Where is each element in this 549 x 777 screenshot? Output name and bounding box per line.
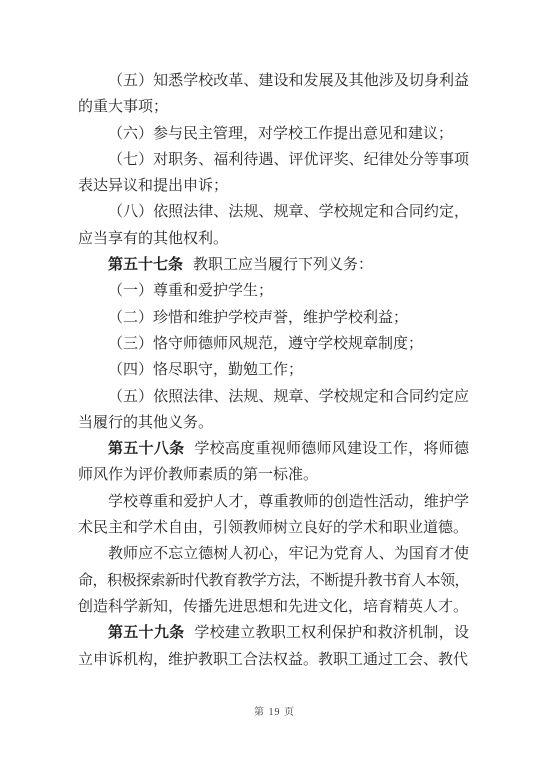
line-text: 学校高度重视师德师风建设工作，将师德 — [194, 441, 469, 457]
text-line: 创造科学新知，传播先进思想和先进文化，培育精英人才。 — [78, 594, 469, 620]
article-number: 第五十八条 — [108, 441, 184, 457]
document-body: （五）知悉学校改革、建设和发展及其他涉及切身利益的重大事项；（六）参与民主管理，… — [78, 68, 469, 673]
text-line: （五）依照法律、法规、规章、学校规定和合同约定应 — [78, 384, 469, 410]
text-line: 立申诉机构，维护教职工合法权益。教职工通过工会、教代 — [78, 647, 469, 673]
text-line: 学校尊重和爱护人才，尊重教师的创造性活动，维护学 — [78, 489, 469, 515]
text-line: 第五十七条教职工应当履行下列义务： — [78, 252, 469, 278]
text-line: 教师应不忘立德树人初心，牢记为党育人、为国育才使 — [78, 541, 469, 567]
line-text: 学校建立教职工权利保护和救济机制，设 — [194, 625, 469, 641]
text-line: 第五十九条学校建立教职工权利保护和救济机制，设 — [78, 620, 469, 646]
text-line: （四）恪尽职守，勤勉工作； — [78, 357, 469, 383]
text-line: （一）尊重和爱护学生； — [78, 278, 469, 304]
text-line: （七）对职务、福利待遇、评优评奖、纪律处分等事项 — [78, 147, 469, 173]
text-line: 第五十八条学校高度重视师德师风建设工作，将师德 — [78, 436, 469, 462]
text-line: （八）依照法律、法规、规章、学校规定和合同约定， — [78, 199, 469, 225]
line-text: 教职工应当履行下列义务： — [193, 257, 373, 273]
text-line: 的重大事项； — [78, 94, 469, 120]
text-line: 术民主和学术自由，引领教师树立良好的学术和职业道德。 — [78, 515, 469, 541]
page-number: 第 19 页 — [254, 707, 295, 718]
text-line: （六）参与民主管理，对学校工作提出意见和建议； — [78, 121, 469, 147]
page-footer: 第 19 页 — [0, 706, 549, 720]
text-line: （三）恪守师德师风规范，遵守学校规章制度； — [78, 331, 469, 357]
text-line: 应当享有的其他权利。 — [78, 226, 469, 252]
text-line: 表达异议和提出申诉； — [78, 173, 469, 199]
article-number: 第五十九条 — [108, 625, 184, 641]
article-number: 第五十七条 — [108, 257, 183, 273]
text-line: 师风作为评价教师素质的第一标准。 — [78, 462, 469, 488]
text-line: （五）知悉学校改革、建设和发展及其他涉及切身利益 — [78, 68, 469, 94]
text-line: 命，积极探索新时代教育教学方法，不断提升教书育人本领， — [78, 568, 469, 594]
document-page: （五）知悉学校改革、建设和发展及其他涉及切身利益的重大事项；（六）参与民主管理，… — [0, 0, 549, 777]
text-line: （二）珍惜和维护学校声誉，维护学校利益； — [78, 305, 469, 331]
text-line: 当履行的其他义务。 — [78, 410, 469, 436]
